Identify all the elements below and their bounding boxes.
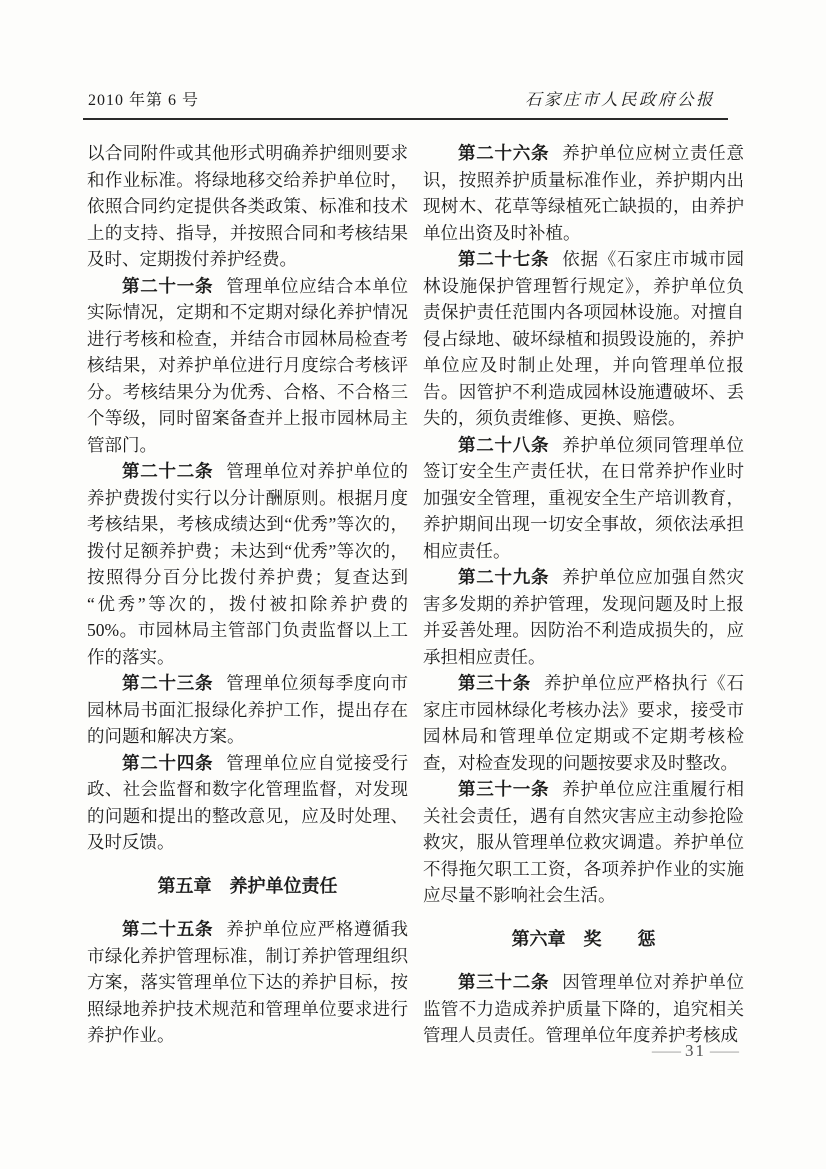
left-column: 以合同附件或其他形式明确养护细则要求和作业标准。将绿地移交给养护单位时，依照合同… <box>87 140 408 1049</box>
page-body: 以合同附件或其他形式明确养护细则要求和作业标准。将绿地移交给养护单位时，依照合同… <box>0 120 826 1049</box>
page-footer: — 31 — <box>658 1041 733 1061</box>
article-number: 第二十六条 <box>458 143 549 163</box>
body-paragraph: 以合同附件或其他形式明确养护细则要求和作业标准。将绿地移交给养护单位时，依照合同… <box>87 140 408 273</box>
body-paragraph: 第三十条养护单位应严格执行《石家庄市园林绿化考核办法》要求，接受市园林局和管理单… <box>423 670 744 776</box>
body-paragraph: 第二十四条管理单位应自觉接受行政、社会监督和数字化管理监督，对发现的问题和提出的… <box>87 750 408 856</box>
footer-dash-right: — <box>710 1041 739 1061</box>
article-number: 第二十八条 <box>458 435 549 455</box>
footer-dash-left: — <box>652 1041 681 1061</box>
article-number: 第二十七条 <box>458 249 549 269</box>
article-number: 第二十五条 <box>122 919 213 939</box>
body-paragraph: 第二十二条管理单位对养护单位的养护费拨付实行以分计酬原则。根据月度考核结果，考核… <box>87 458 408 670</box>
body-paragraph: 第三十一条养护单位应注重履行相关社会责任，遇有自然灾害应主动参抢险救灾，服从管理… <box>423 776 744 909</box>
chapter-heading: 第五章 养护单位责任 <box>87 873 408 900</box>
gazette-page: { "header": { "issue": "2010 年第 6 号", "g… <box>0 0 826 1169</box>
body-paragraph: 第二十八条养护单位须同管理单位签订安全生产责任状，在日常养护作业时加强安全管理，… <box>423 432 744 565</box>
body-paragraph: 第二十七条依据《石家庄市城市园林设施保护管理暂行规定》，养护单位负责保护责任范围… <box>423 246 744 432</box>
article-number: 第二十四条 <box>122 753 213 773</box>
page-number: 31 <box>685 1041 706 1061</box>
body-paragraph: 第二十五条养护单位应严格遵循我市绿化养护管理标准，制订养护管理组织方案，落实管理… <box>87 916 408 1049</box>
article-number: 第二十二条 <box>122 461 213 481</box>
body-paragraph: 第二十九条养护单位应加强自然灾害多发期的养护管理，发现问题及时上报并妥善处理。因… <box>423 564 744 670</box>
article-number: 第二十三条 <box>122 673 213 693</box>
chapter-heading: 第六章 奖 惩 <box>423 926 744 953</box>
body-paragraph: 第二十三条管理单位须每季度向市园林局书面汇报绿化养护工作，提出存在的问题和解决方… <box>87 670 408 750</box>
right-column: 第二十六条养护单位应树立责任意识，按照养护质量标准作业，养护期内出现树木、花草等… <box>423 140 744 1049</box>
gazette-title: 石家庄市人民政府公报 <box>525 90 715 110</box>
article-number: 第三十二条 <box>458 972 549 992</box>
article-number: 第二十九条 <box>458 567 549 587</box>
article-number: 第三十条 <box>458 673 531 693</box>
article-number: 第三十一条 <box>458 779 549 799</box>
body-paragraph: 第二十一条管理单位应结合本单位实际情况，定期和不定期对绿化养护情况进行考核和检查… <box>87 273 408 459</box>
article-number: 第二十一条 <box>122 276 213 296</box>
body-paragraph: 第三十二条因管理单位对养护单位监管不力造成养护质量下降的，追究相关管理人员责任。… <box>423 969 744 1049</box>
page-header: 2010 年第 6 号 石家庄市人民政府公报 <box>0 0 826 111</box>
body-paragraph: 第二十六条养护单位应树立责任意识，按照养护质量标准作业，养护期内出现树木、花草等… <box>423 140 744 246</box>
issue-number: 2010 年第 6 号 <box>88 91 199 111</box>
